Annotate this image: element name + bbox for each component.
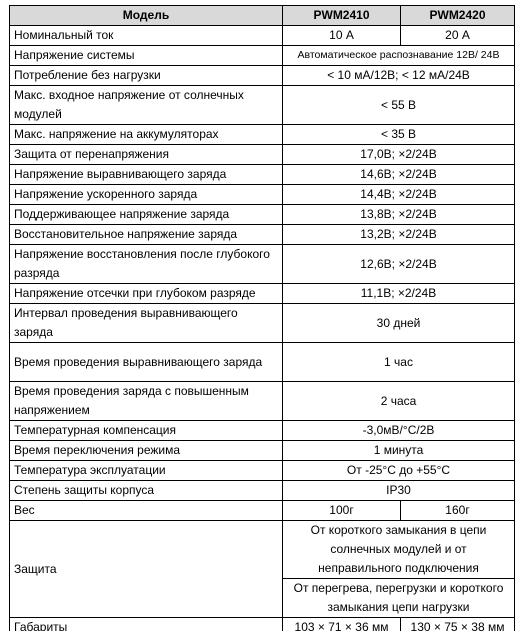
row-value: 14,6В; ×2/24В [283,165,515,185]
table-row: Время переключения режима 1 минута [10,441,515,461]
row-value-a: 10 А [283,26,401,46]
row-value: < 55 В [283,86,515,125]
table-row: Температура эксплуатации От -25°С до +55… [10,461,515,481]
row-value: 14,4В; ×2/24В [283,185,515,205]
header-row: Модель PWM2410 PWM2420 [10,6,515,26]
table-row: Макс. напряжение на аккумуляторах < 35 В [10,125,515,145]
table-row: Напряжение выравнивающего заряда 14,6В; … [10,165,515,185]
row-label: Температура эксплуатации [10,461,283,481]
table-row: Восстановительное напряжение заряда 13,2… [10,225,515,245]
header-model-a: PWM2410 [283,6,401,26]
row-value: 2 часа [283,382,515,421]
row-value-b: 160г [401,501,515,521]
table-row: Напряжение восстановления после глубоког… [10,245,515,284]
row-value-a: 100г [283,501,401,521]
row-value-b: 130 × 75 × 38 мм [401,618,515,631]
row-value-protection-2: От перегрева, перегрузки и короткого зам… [283,579,515,618]
table-row: Степень защиты корпуса IP30 [10,481,515,501]
row-value: < 10 мА/12В; < 12 мА/24В [283,66,515,86]
table-row: Напряжение системы Автоматическое распоз… [10,46,515,66]
row-label: Поддерживающее напряжение заряда [10,205,283,225]
row-label: Время проведения выравнивающего заряда [10,343,283,382]
row-value: 1 час [283,343,515,382]
row-label: Напряжение выравнивающего заряда [10,165,283,185]
table-row: Напряжение ускоренного заряда 14,4В; ×2/… [10,185,515,205]
row-label: Габариты [10,618,283,631]
row-label: Степень защиты корпуса [10,481,283,501]
row-value: 1 минута [283,441,515,461]
row-label: Макс. входное напряжение от солнечных мо… [10,86,283,125]
row-value: Автоматическое распознавание 12В/ 24В [283,46,515,66]
table-row: Потребление без нагрузки < 10 мА/12В; < … [10,66,515,86]
row-value: < 35 В [283,125,515,145]
table-row: Габариты 103 × 71 × 36 мм 130 × 75 × 38 … [10,618,515,631]
row-value: От -25°С до +55°С [283,461,515,481]
row-label: Время переключения режима [10,441,283,461]
header-model-b: PWM2420 [401,6,515,26]
row-value: 11,1В; ×2/24В [283,284,515,304]
row-value: 17,0В; ×2/24В [283,145,515,165]
row-value-a: 103 × 71 × 36 мм [283,618,401,631]
table-row: Температурная компенсация -3,0мВ/°С/2В [10,421,515,441]
table-row: Время проведения заряда с повышенным нап… [10,382,515,421]
table-row: Напряжение отсечки при глубоком разряде … [10,284,515,304]
header-model: Модель [10,6,283,26]
row-label: Защита от перенапряжения [10,145,283,165]
row-label: Вес [10,501,283,521]
table-row: Защита от перенапряжения 17,0В; ×2/24В [10,145,515,165]
table-row: Номинальный ток 10 А 20 А [10,26,515,46]
row-value: 13,2В; ×2/24В [283,225,515,245]
row-label: Напряжение отсечки при глубоком разряде [10,284,283,304]
row-value: 13,8В; ×2/24В [283,205,515,225]
spec-table: Модель PWM2410 PWM2420 Номинальный ток 1… [9,5,515,631]
table-row: Вес 100г 160г [10,501,515,521]
table-row: Интервал проведения выравнивающего заряд… [10,304,515,343]
table-row: Макс. входное напряжение от солнечных мо… [10,86,515,125]
row-value-protection-1: От короткого замыкания в цепи солнечных … [283,521,515,579]
row-label: Номинальный ток [10,26,283,46]
row-value: 12,6В; ×2/24В [283,245,515,284]
row-value: IP30 [283,481,515,501]
row-value-b: 20 А [401,26,515,46]
row-label: Напряжение восстановления после глубоког… [10,245,283,284]
row-value: 30 дней [283,304,515,343]
row-label: Температурная компенсация [10,421,283,441]
row-label: Напряжение системы [10,46,283,66]
row-label: Время проведения заряда с повышенным нап… [10,382,283,421]
row-label: Потребление без нагрузки [10,66,283,86]
table-row: Защита От короткого замыкания в цепи сол… [10,521,515,579]
row-label: Макс. напряжение на аккумуляторах [10,125,283,145]
table-row: Время проведения выравнивающего заряда 1… [10,343,515,382]
row-value: -3,0мВ/°С/2В [283,421,515,441]
row-label: Защита [10,521,283,618]
row-label: Восстановительное напряжение заряда [10,225,283,245]
row-label: Интервал проведения выравнивающего заряд… [10,304,283,343]
table-row: Поддерживающее напряжение заряда 13,8В; … [10,205,515,225]
row-label: Напряжение ускоренного заряда [10,185,283,205]
